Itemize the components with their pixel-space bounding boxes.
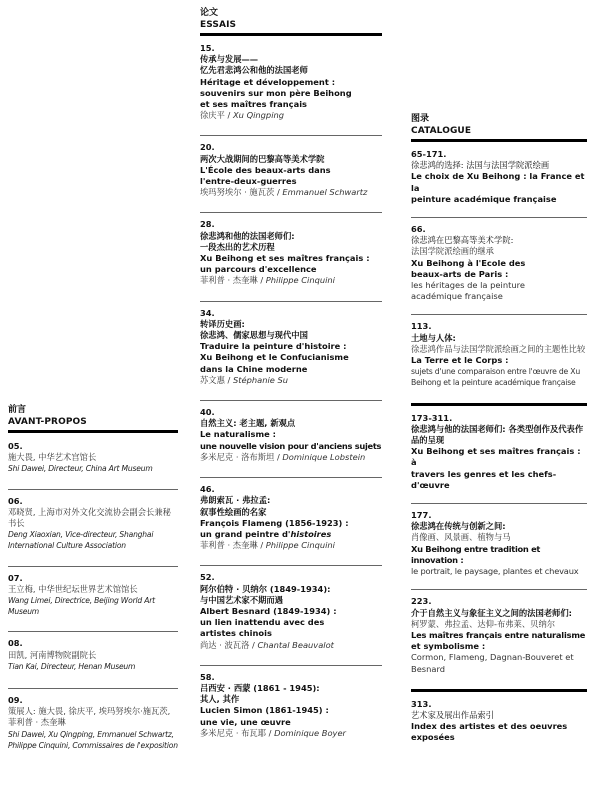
toc-entry-05[interactable]: 05. 施大畏, 中华艺术宫馆长 Shi Dawei, Directeur, C…: [8, 441, 178, 475]
separator: /: [277, 187, 280, 197]
separator: /: [260, 275, 263, 285]
entry-author: 徐庆平 / Xu Qingping: [200, 110, 382, 121]
entry-title-fr: Le naturalisme :: [200, 429, 382, 440]
section-heading-catalogue: 图录 CATALOGUE: [411, 113, 587, 137]
page-number: 28.: [200, 219, 382, 230]
entry-author: 埃玛努埃尔 · 施瓦茨 / Emmanuel Schwartz: [200, 187, 382, 198]
author-fr: Dominique Lobstein: [282, 452, 365, 462]
entry-title-fr: La Terre et le Corps :: [411, 355, 587, 366]
divider: [200, 301, 382, 302]
divider: [411, 503, 587, 504]
divider: [411, 589, 587, 590]
entry-title-zh: 徐悲鸿在巴黎高等美术学院:: [411, 235, 587, 246]
entry-subtitle-fr: le portrait, le paysage, plantes et chev…: [411, 566, 587, 577]
entry-title-fr: Héritage et développement :: [200, 77, 382, 88]
entry-title-zh: 吕西安 · 西蒙 (1861 - 1945):: [200, 683, 382, 694]
entry-author: 多米尼克 · 洛布斯坦 / Dominique Lobstein: [200, 452, 382, 463]
entry-author: 尚达 · 波瓦洛 / Chantal Beauvalot: [200, 640, 382, 651]
toc-entry-08[interactable]: 08. 田凯, 河南博物院副院长 Tian Kai, Directeur, He…: [8, 638, 178, 672]
separator: /: [269, 728, 272, 738]
author-zh: 菲利普 · 杰奎琳: [200, 540, 258, 550]
title-italic: histoires: [290, 529, 331, 539]
toc-entry-40[interactable]: 40. 自然主义: 老主题, 新观点 Le naturalisme : une …: [200, 407, 382, 463]
entry-title-fr: dans la Chine moderne: [200, 364, 382, 375]
author-zh: 多米尼克 · 洛布斯坦: [200, 452, 274, 462]
page-number: 20.: [200, 142, 382, 153]
title-text: un grand peintre d': [200, 529, 290, 539]
entry-title-zh: 叙事性绘画的名家: [200, 507, 382, 518]
divider: [411, 217, 587, 218]
entry-title-zh: 徐悲鸿和他的法国老师们:: [200, 231, 382, 242]
heading-zh: 图录: [411, 113, 587, 125]
entry-title-fr: Le choix de Xu Beihong : la France et la: [411, 171, 587, 193]
toc-entry-09[interactable]: 09. 策展人: 施大畏, 徐庆平, 埃玛努埃尔·施瓦茨, 菲利普 · 杰奎琳 …: [8, 695, 178, 751]
author-fr: Philippe Cinquini: [266, 275, 335, 285]
toc-entry-06[interactable]: 06. 邓晓贤, 上海市对外文化交流协会副会长兼秘书长 Deng Xiaoxia…: [8, 496, 178, 552]
page-number: 173-311.: [411, 413, 587, 424]
entry-author: 菲利普 · 杰奎琳 / Philippe Cinquini: [200, 540, 382, 551]
entry-title-zh: 徐悲鸿在传统与创新之间:: [411, 521, 587, 532]
entry-title-fr: Traduire la peinture d'histoire :: [200, 341, 382, 352]
entry-title-fr: Xu Beihong entre tradition et innovation…: [411, 544, 587, 566]
divider-thick: [200, 33, 382, 36]
divider-thick: [411, 403, 587, 406]
separator: /: [277, 452, 280, 462]
entry-title-fr: Tian Kai, Directeur, Henan Museum: [8, 661, 178, 672]
entry-title-fr: une vie, une œuvre: [200, 717, 382, 728]
separator: /: [228, 375, 231, 385]
toc-entry-223[interactable]: 223. 介于自然主义与象征主义之间的法国老师们: 柯罗蒙、弗拉孟、达仰-布弗莱…: [411, 596, 587, 674]
author-fr: Stéphanie Su: [233, 375, 288, 385]
toc-entry-113[interactable]: 113. 土地与人体: 徐悲鸿作品与法国学院派绘画之间的主题性比较 La Ter…: [411, 321, 587, 388]
entry-title-zh: 转译历史画:: [200, 319, 382, 330]
entry-title-fr: souvenirs sur mon père Beihong: [200, 88, 382, 99]
entry-title-zh: 其人, 其作: [200, 694, 382, 705]
page-number: 06.: [8, 496, 178, 507]
author-zh: 多米尼克 · 布瓦耶: [200, 728, 266, 738]
entry-title-zh: 王立梅, 中华世纪坛世界艺术馆馆长: [8, 584, 178, 595]
entry-title-zh: 弗朗索瓦 · 弗拉孟:: [200, 495, 382, 506]
entry-title-fr: Shi Dawei, Directeur, China Art Museum: [8, 463, 178, 474]
page-number: 09.: [8, 695, 178, 706]
author-fr: Chantal Beauvalot: [257, 640, 333, 650]
toc-entry-58[interactable]: 58. 吕西安 · 西蒙 (1861 - 1945): 其人, 其作 Lucie…: [200, 672, 382, 739]
page-number: 313.: [411, 699, 587, 710]
entry-title-fr: Les maîtres français entre naturalisme: [411, 630, 587, 641]
separator: /: [252, 640, 255, 650]
entry-title-fr: Xu Beihong et le Confucianisme: [200, 352, 382, 363]
entry-title-fr: L'École des beaux-arts dans: [200, 165, 382, 176]
divider: [200, 135, 382, 136]
entry-title-zh: 徐悲鸿、儒家思想与现代中国: [200, 330, 382, 341]
avant-propos-column: 前言 AVANT-PROPOS 05. 施大畏, 中华艺术宫馆长 Shi Daw…: [8, 404, 178, 751]
page-number: 07.: [8, 573, 178, 584]
entry-title-zh: 两次大战期间的巴黎高等美术学院: [200, 154, 382, 165]
entry-title-fr: artistes chinois: [200, 628, 382, 639]
entry-title-fr: l'entre-deux-guerres: [200, 176, 382, 187]
entry-title-zh: 介于自然主义与象征主义之间的法国老师们:: [411, 608, 587, 619]
author-fr: Philippe Cinquini: [266, 540, 335, 550]
toc-entry-46[interactable]: 46. 弗朗索瓦 · 弗拉孟: 叙事性绘画的名家 François Flamen…: [200, 484, 382, 551]
toc-entry-20[interactable]: 20. 两次大战期间的巴黎高等美术学院 L'École des beaux-ar…: [200, 142, 382, 198]
entry-title-zh: 与中国艺术家不期而遇: [200, 595, 382, 606]
heading-fr: ESSAIS: [200, 19, 382, 31]
entry-title-fr: travers les genres et les chefs-d'œuvre: [411, 469, 587, 491]
page-number: 177.: [411, 510, 587, 521]
entry-title-zh: 田凯, 河南博物院副院长: [8, 650, 178, 661]
author-zh: 尚达 · 波瓦洛: [200, 640, 249, 650]
separator: /: [260, 540, 263, 550]
entry-title-zh: 自然主义: 老主题, 新观点: [200, 418, 382, 429]
entry-title-zh: 阿尔伯特 · 贝纳尔 (1849-1934):: [200, 584, 382, 595]
entry-title-fr: Lucien Simon (1861-1945) :: [200, 705, 382, 716]
toc-entry-173-311[interactable]: 173-311. 徐悲鸿与他的法国老师们: 各类型创作及代表作品的呈现 Xu B…: [411, 413, 587, 491]
toc-entry-65-171[interactable]: 65-171. 徐悲鸿的选择: 法国与法国学院派绘画 Le choix de X…: [411, 149, 587, 205]
heading-zh: 前言: [8, 404, 178, 416]
toc-entry-28[interactable]: 28. 徐悲鸿和他的法国老师们: 一段杰出的艺术历程 Xu Beihong et…: [200, 219, 382, 286]
entry-title-zh: 邓晓贤, 上海市对外文化交流协会副会长兼秘书长: [8, 507, 178, 529]
entry-title-fr: un grand peintre d'histoires: [200, 529, 382, 540]
page-number: 05.: [8, 441, 178, 452]
entry-title-zh: 艺术家及展出作品索引: [411, 710, 587, 721]
entry-subtitle-fr: sujets d'une comparaison entre l'œuvre d…: [411, 366, 587, 388]
toc-entry-15[interactable]: 15. 传承与发展—— 忆先君悲鸿公和他的法国老师 Héritage et dé…: [200, 43, 382, 121]
entry-subtitle-zh: 法国学院派绘画的继承: [411, 246, 587, 257]
entry-subtitle-fr: académique française: [411, 291, 587, 302]
author-fr: Xu Qingping: [233, 110, 284, 120]
entry-title-fr: François Flameng (1856-1923) :: [200, 518, 382, 529]
entry-title-zh: 策展人: 施大畏, 徐庆平, 埃玛努埃尔·施瓦茨, 菲利普 · 杰奎琳: [8, 706, 178, 728]
divider-thick: [411, 689, 587, 692]
divider: [200, 565, 382, 566]
entry-title-fr: un lien inattendu avec des: [200, 617, 382, 628]
entry-subtitle-fr: Cormon, Flameng, Dagnan-Bouveret et Besn…: [411, 652, 587, 674]
author-zh: 埃玛努埃尔 · 施瓦茨: [200, 187, 274, 197]
entry-title-fr: Deng Xiaoxian, Vice-directeur, Shanghai …: [8, 529, 178, 551]
divider: [200, 212, 382, 213]
author-zh: 菲利普 · 杰奎琳: [200, 275, 258, 285]
entry-title-fr: Xu Beihong à l'Ecole des: [411, 258, 587, 269]
page-number: 08.: [8, 638, 178, 649]
divider: [411, 314, 587, 315]
entry-subtitle-zh: 肖像画、风景画、植物与马: [411, 532, 587, 543]
page-number: 52.: [200, 572, 382, 583]
page-number: 58.: [200, 672, 382, 683]
divider: [8, 489, 178, 490]
entry-title-fr: une nouvelle vision pour d'anciens sujet…: [200, 441, 382, 452]
entry-author: 苏文惠 / Stéphanie Su: [200, 375, 382, 386]
entry-subtitle-zh: 徐悲鸿作品与法国学院派绘画之间的主题性比较: [411, 344, 587, 355]
toc-entry-52[interactable]: 52. 阿尔伯特 · 贝纳尔 (1849-1934): 与中国艺术家不期而遇 A…: [200, 572, 382, 650]
divider: [200, 665, 382, 666]
section-heading-avant-propos: 前言 AVANT-PROPOS: [8, 404, 178, 428]
entry-title-fr: Xu Beihong et ses maîtres français :: [200, 253, 382, 264]
entry-title-fr: et symbolisme :: [411, 641, 587, 652]
divider: [200, 400, 382, 401]
entry-title-fr: Xu Beihong et ses maîtres français : à: [411, 446, 587, 468]
divider: [8, 688, 178, 689]
separator: /: [228, 110, 231, 120]
entry-title-fr: Albert Besnard (1849-1934) :: [200, 606, 382, 617]
page-number: 15.: [200, 43, 382, 54]
divider: [8, 631, 178, 632]
entry-title-zh: 一段杰出的艺术历程: [200, 242, 382, 253]
page-number: 65-171.: [411, 149, 587, 160]
toc-entry-313[interactable]: 313. 艺术家及展出作品索引 Index des artistes et de…: [411, 699, 587, 744]
catalogue-column: 图录 CATALOGUE 65-171. 徐悲鸿的选择: 法国与法国学院派绘画 …: [411, 113, 587, 744]
divider: [200, 477, 382, 478]
entry-title-fr: un parcours d'excellence: [200, 264, 382, 275]
toc-entry-177[interactable]: 177. 徐悲鸿在传统与创新之间: 肖像画、风景画、植物与马 Xu Beihon…: [411, 510, 587, 577]
heading-zh: 论文: [200, 7, 382, 19]
entry-title-fr: Shi Dawei, Xu Qingping, Emmanuel Schwart…: [8, 729, 178, 751]
entry-author: 多米尼克 · 布瓦耶 / Dominique Boyer: [200, 728, 382, 739]
page-number: 223.: [411, 596, 587, 607]
entry-title-zh: 施大畏, 中华艺术宫馆长: [8, 452, 178, 463]
entry-title-fr: beaux-arts de Paris :: [411, 269, 587, 280]
toc-entry-07[interactable]: 07. 王立梅, 中华世纪坛世界艺术馆馆长 Wang Limei, Direct…: [8, 573, 178, 618]
entry-title-zh: 徐悲鸿的选择: 法国与法国学院派绘画: [411, 160, 587, 171]
page-number: 34.: [200, 308, 382, 319]
entry-title-fr: exposées: [411, 732, 587, 743]
author-zh: 苏文惠: [200, 375, 225, 385]
entry-author: 菲利普 · 杰奎琳 / Philippe Cinquini: [200, 275, 382, 286]
entry-title-fr: peinture académique française: [411, 194, 587, 205]
heading-fr: AVANT-PROPOS: [8, 416, 178, 428]
entry-subtitle-zh: 柯罗蒙、弗拉孟、达仰-布弗莱、贝纳尔: [411, 619, 587, 630]
toc-entry-34[interactable]: 34. 转译历史画: 徐悲鸿、儒家思想与现代中国 Traduire la pei…: [200, 308, 382, 386]
page-number: 66.: [411, 224, 587, 235]
author-fr: Emmanuel Schwartz: [282, 187, 367, 197]
author-zh: 徐庆平: [200, 110, 225, 120]
entry-subtitle-fr: les héritages de la peinture: [411, 280, 587, 291]
essais-column: 论文 ESSAIS 15. 传承与发展—— 忆先君悲鸿公和他的法国老师 Héri…: [200, 7, 382, 739]
page-number: 113.: [411, 321, 587, 332]
entry-title-zh: 忆先君悲鸿公和他的法国老师: [200, 65, 382, 76]
divider: [8, 566, 178, 567]
divider-thick: [8, 430, 178, 433]
entry-title-zh: 徐悲鸿与他的法国老师们: 各类型创作及代表作品的呈现: [411, 424, 587, 446]
divider-thick: [411, 139, 587, 142]
heading-fr: CATALOGUE: [411, 125, 587, 137]
author-fr: Dominique Boyer: [274, 728, 346, 738]
section-heading-essais: 论文 ESSAIS: [200, 7, 382, 31]
entry-title-fr: Index des artistes et des oeuvres: [411, 721, 587, 732]
entry-title-zh: 传承与发展——: [200, 54, 382, 65]
page-number: 46.: [200, 484, 382, 495]
toc-entry-66[interactable]: 66. 徐悲鸿在巴黎高等美术学院: 法国学院派绘画的继承 Xu Beihong …: [411, 224, 587, 302]
entry-title-fr: et ses maîtres français: [200, 99, 382, 110]
entry-title-zh: 土地与人体:: [411, 333, 587, 344]
entry-title-fr: Wang Limei, Directrice, Beijing World Ar…: [8, 595, 178, 617]
page-number: 40.: [200, 407, 382, 418]
